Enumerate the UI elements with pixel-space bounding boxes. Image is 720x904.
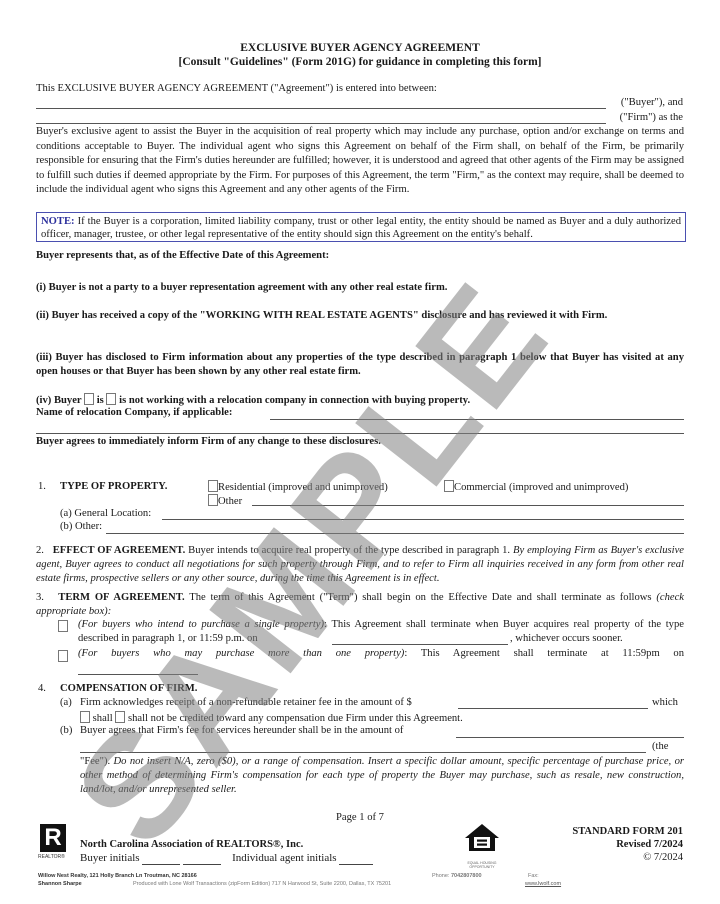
term-multi-checkbox[interactable] (58, 650, 68, 662)
relocation-company-label: Name of relocation Company, if applicabl… (36, 407, 232, 418)
note-box: NOTE: If the Buyer is a corporation, lim… (36, 212, 686, 242)
relocation-prefix: (iv) Buyer (36, 395, 81, 406)
section1-number: 1. (38, 481, 46, 492)
term-multi-body: : This Agreement shall terminate at 11:5… (404, 648, 684, 659)
fee-instructions: Do not insert N/A, zero ($0), or a range… (80, 756, 684, 795)
retainer-shall-label: shall (93, 713, 113, 724)
firm-address: Willow Nest Realty, 121 Holly Branch Ln … (38, 873, 197, 879)
buyer-name-field[interactable] (36, 108, 606, 109)
relocation-line: (iv) Buyer is is not working with a relo… (36, 393, 470, 406)
association-name: North Carolina Association of REALTORS®,… (80, 839, 303, 850)
section2-paragraph: 2. EFFECT OF AGREEMENT. Buyer intends to… (36, 544, 684, 586)
representation-i: (i) Buyer is not a party to a buyer repr… (36, 282, 684, 293)
firm-name-field[interactable] (36, 123, 606, 124)
representations-heading: Buyer represents that, as of the Effecti… (36, 250, 329, 261)
produced-with: Produced with Lone Wolf Transactions (zi… (133, 881, 391, 887)
term-single-checkbox-wrap[interactable] (58, 620, 68, 633)
section3-title: TERM OF AGREEMENT. (58, 592, 184, 603)
fax-label: Fax: (528, 873, 539, 879)
retainer-fee-field[interactable] (458, 708, 648, 709)
section4b-instructions: "Fee"). Do not insert N/A, zero ($0), or… (80, 755, 684, 797)
residential-checkbox[interactable] (208, 480, 218, 492)
section3-number: 3. (36, 592, 44, 603)
section2-number: 2. (36, 545, 44, 556)
section3-text: The term of this Agreement ("Term") shal… (185, 592, 657, 603)
fee-amount-field-line2[interactable] (80, 752, 646, 753)
document-page: EXCLUSIVE BUYER AGENCY AGREEMENT [Consul… (0, 0, 720, 904)
term-single-tail: , whichever occurs sooner. (510, 633, 623, 644)
residential-option[interactable]: Residential (improved and unimproved) (208, 480, 388, 493)
website-link[interactable]: www.lwolf.com (525, 881, 561, 887)
note-text: If the Buyer is a corporation, limited l… (41, 216, 681, 240)
firm-suffix: ("Firm") as the (607, 112, 683, 123)
title-text: EXCLUSIVE BUYER AGENCY AGREEMENT (0, 41, 720, 55)
term-multi-italic: (For buyers who may purchase more than o… (78, 648, 404, 659)
eho-caption: EQUAL HOUSING OPPORTUNITY (462, 861, 502, 869)
relocation-suffix: is not working with a relocation company… (119, 395, 470, 406)
section4-number: 4. (38, 683, 46, 694)
section4b-text: Buyer agrees that Firm's fee for service… (80, 725, 403, 736)
form-info: STANDARD FORM 201 Revised 7/2024 © 7/202… (520, 825, 683, 864)
relocation-is-label: is (97, 395, 104, 406)
term-single-italic: (For buyers who intend to purchase a sin… (78, 619, 324, 630)
relocation-is-not-checkbox[interactable] (106, 393, 116, 405)
other-type-field[interactable] (252, 505, 684, 506)
form-copyright: © 7/2024 (520, 851, 683, 864)
realtor-caption: REALTOR® (38, 854, 65, 860)
term-multi-date-field[interactable] (78, 674, 198, 675)
retainer-shall-not-label: shall not be credited toward any compens… (128, 713, 463, 724)
other-checkbox[interactable] (208, 494, 218, 506)
general-location-label: (a) General Location: (60, 508, 151, 519)
phone-label: Phone: (432, 873, 449, 879)
initials-line: Buyer initials Individual agent initials (80, 852, 373, 865)
phone-value: 7042807800 (451, 873, 482, 879)
buyer-suffix: ("Buyer"), and (607, 97, 683, 108)
section4b-the: (the (652, 741, 668, 752)
other-option[interactable]: Other (208, 494, 242, 507)
note-label: NOTE: (41, 216, 75, 227)
section3-paragraph: 3. TERM OF AGREEMENT. The term of this A… (36, 591, 684, 619)
term-multi-checkbox-wrap[interactable] (58, 650, 68, 663)
representation-ii: (ii) Buyer has received a copy of the "W… (36, 309, 684, 323)
buyer-initials-field-1[interactable] (142, 852, 180, 865)
commercial-checkbox[interactable] (444, 480, 454, 492)
fee-amount-field[interactable] (456, 737, 684, 738)
intro-line: This EXCLUSIVE BUYER AGENCY AGREEMENT ("… (36, 83, 437, 94)
section4a-text: Firm acknowledges receipt of a non-refun… (80, 697, 412, 708)
buyer-initials-field-2[interactable] (183, 852, 221, 865)
term-single-date-field[interactable] (332, 644, 508, 645)
section2-text: Buyer intends to acquire real property o… (185, 545, 513, 556)
realtor-logo-icon: R (40, 824, 66, 852)
relocation-is-checkbox[interactable] (84, 393, 94, 405)
general-location-field[interactable] (162, 519, 684, 520)
intro-paragraph: Buyer's exclusive agent to assist the Bu… (36, 125, 684, 198)
form-revised: Revised 7/2024 (520, 838, 683, 851)
relocation-company-field[interactable] (270, 419, 684, 420)
equal-housing-icon: EQUAL HOUSING OPPORTUNITY (462, 822, 502, 869)
residential-label: Residential (improved and unimproved) (218, 482, 388, 493)
relocation-company-field-line2[interactable] (36, 433, 684, 434)
fee-label: "Fee"). (80, 756, 110, 767)
page-number: Page 1 of 7 (0, 812, 720, 823)
other-description-field[interactable] (106, 533, 684, 534)
section4b-label: (b) (60, 725, 72, 736)
other-label: Other (218, 496, 242, 507)
retainer-shall-not-checkbox[interactable] (115, 711, 125, 723)
term-multi-text: (For buyers who may purchase more than o… (78, 648, 684, 659)
other-description-label: (b) Other: (60, 521, 102, 532)
document-title: EXCLUSIVE BUYER AGENCY AGREEMENT [Consul… (0, 41, 720, 69)
subtitle-text: [Consult "Guidelines" (Form 201G) for gu… (0, 55, 720, 69)
disclosure-change-text: Buyer agrees to immediately inform Firm … (36, 436, 381, 447)
form-number: STANDARD FORM 201 (520, 825, 683, 838)
buyer-initials-label: Buyer initials (80, 852, 140, 864)
agent-initials-field[interactable] (339, 852, 373, 865)
commercial-option[interactable]: Commercial (improved and unimproved) (444, 480, 628, 493)
retainer-shall-checkbox[interactable] (80, 711, 90, 723)
representation-iii: (iii) Buyer has disclosed to Firm inform… (36, 351, 684, 379)
section4-title: COMPENSATION OF FIRM. (60, 683, 197, 694)
retainer-credit-line: shall shall not be credited toward any c… (80, 711, 463, 724)
section1-title: TYPE OF PROPERTY. (60, 481, 167, 492)
commercial-label: Commercial (improved and unimproved) (454, 482, 628, 493)
section4a-which: which (652, 697, 678, 708)
section4a-label: (a) (60, 697, 72, 708)
term-single-checkbox[interactable] (58, 620, 68, 632)
phone: Phone: 7042807800 (432, 873, 482, 879)
agent-initials-label: Individual agent initials (232, 852, 336, 864)
section2-title: EFFECT OF AGREEMENT. (53, 545, 186, 556)
agent-name: Shannon Sharpe (38, 881, 82, 887)
